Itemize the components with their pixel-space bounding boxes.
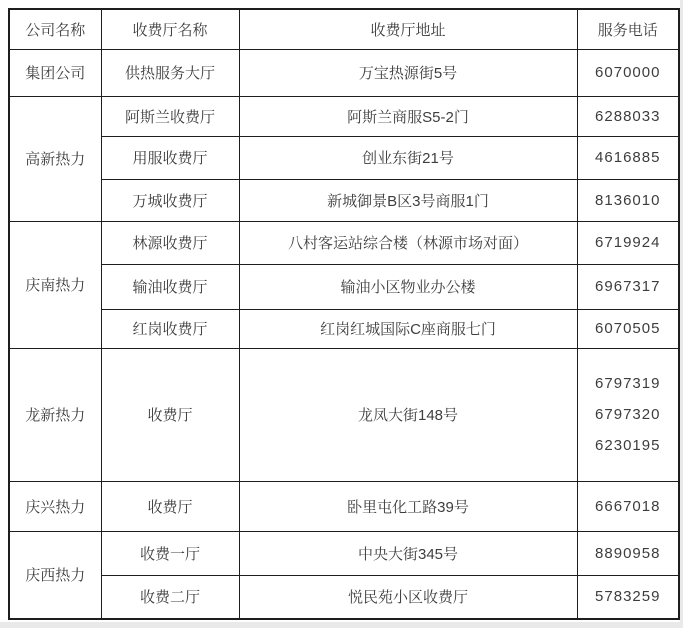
- table-row: 庆南热力 林源收费厅 八村客运站综合楼（林源市场对面） 6719924: [9, 221, 679, 264]
- header-row: 公司名称 收费厅名称 收费厅地址 服务电话: [9, 9, 679, 49]
- page: { "colors": { "border": "#1e1e1e", "text…: [0, 0, 683, 628]
- table-row: 输油收费厅 输油小区物业办公楼 6967317: [9, 264, 679, 309]
- hall-address-cell: 悦民苑小区收费厅: [239, 575, 577, 619]
- hall-name-cell: 收费厅: [101, 348, 239, 481]
- service-phone-cell: 6719924: [577, 221, 679, 264]
- table-row: 收费二厅 悦民苑小区收费厅 5783259: [9, 575, 679, 619]
- service-phone-cell: 8136010: [577, 179, 679, 221]
- phone-number: 6797319: [582, 368, 675, 399]
- hall-name-cell: 用服收费厅: [101, 136, 239, 179]
- header-service-phone: 服务电话: [577, 9, 679, 49]
- company-name-cell: 高新热力: [9, 96, 101, 221]
- service-phone-cell: 6288033: [577, 96, 679, 136]
- header-company-name: 公司名称: [9, 9, 101, 49]
- service-phone-cell: 6967317: [577, 264, 679, 309]
- hall-name-cell: 林源收费厅: [101, 221, 239, 264]
- table-row: 万城收费厅 新城御景B区3号商服1门 8136010: [9, 179, 679, 221]
- hall-name-cell: 红岗收费厅: [101, 309, 239, 348]
- hall-address-cell: 万宝热源街5号: [239, 49, 577, 96]
- company-name-cell: 庆兴热力: [9, 481, 101, 531]
- header-hall-name: 收费厅名称: [101, 9, 239, 49]
- company-name-cell: 龙新热力: [9, 348, 101, 481]
- hall-address-cell: 新城御景B区3号商服1门: [239, 179, 577, 221]
- hall-address-cell: 创业东街21号: [239, 136, 577, 179]
- company-name-cell: 庆西热力: [9, 531, 101, 619]
- hall-address-cell: 红岗红城国际C座商服七门: [239, 309, 577, 348]
- hall-name-cell: 收费一厅: [101, 531, 239, 575]
- fee-hall-table-container: 公司名称 收费厅名称 收费厅地址 服务电话 集团公司 供热服务大厅 万宝热源街5…: [8, 8, 680, 620]
- phone-number: 6230195: [582, 430, 675, 461]
- hall-name-cell: 输油收费厅: [101, 264, 239, 309]
- hall-address-cell: 输油小区物业办公楼: [239, 264, 577, 309]
- service-phone-cell: 5783259: [577, 575, 679, 619]
- table-row: 庆兴热力 收费厅 卧里屯化工路39号 6667018: [9, 481, 679, 531]
- service-phone-cell: 6070505: [577, 309, 679, 348]
- company-name-cell: 集团公司: [9, 49, 101, 96]
- service-phone-cell: 8890958: [577, 531, 679, 575]
- hall-address-cell: 中央大街345号: [239, 531, 577, 575]
- hall-name-cell: 供热服务大厅: [101, 49, 239, 96]
- table-row: 龙新热力 收费厅 龙凤大街148号 6797319 6797320 623019…: [9, 348, 679, 481]
- hall-name-cell: 万城收费厅: [101, 179, 239, 221]
- hall-name-cell: 阿斯兰收费厅: [101, 96, 239, 136]
- hall-address-cell: 阿斯兰商服S5-2门: [239, 96, 577, 136]
- service-phone-cell: 4616885: [577, 136, 679, 179]
- phone-number: 6797320: [582, 399, 675, 430]
- hall-name-cell: 收费二厅: [101, 575, 239, 619]
- hall-address-cell: 卧里屯化工路39号: [239, 481, 577, 531]
- table-row: 红岗收费厅 红岗红城国际C座商服七门 6070505: [9, 309, 679, 348]
- company-name-cell: 庆南热力: [9, 221, 101, 348]
- table-row: 集团公司 供热服务大厅 万宝热源街5号 6070000: [9, 49, 679, 96]
- table-row: 庆西热力 收费一厅 中央大街345号 8890958: [9, 531, 679, 575]
- service-phone-cell: 6070000: [577, 49, 679, 96]
- table-row: 高新热力 阿斯兰收费厅 阿斯兰商服S5-2门 6288033: [9, 96, 679, 136]
- table-row: 用服收费厅 创业东街21号 4616885: [9, 136, 679, 179]
- hall-address-cell: 八村客运站综合楼（林源市场对面）: [239, 221, 577, 264]
- fee-hall-table: 公司名称 收费厅名称 收费厅地址 服务电话 集团公司 供热服务大厅 万宝热源街5…: [8, 8, 680, 620]
- service-phone-cell: 6667018: [577, 481, 679, 531]
- hall-address-cell: 龙凤大街148号: [239, 348, 577, 481]
- header-hall-address: 收费厅地址: [239, 9, 577, 49]
- hall-name-cell: 收费厅: [101, 481, 239, 531]
- service-phone-cell: 6797319 6797320 6230195: [577, 348, 679, 481]
